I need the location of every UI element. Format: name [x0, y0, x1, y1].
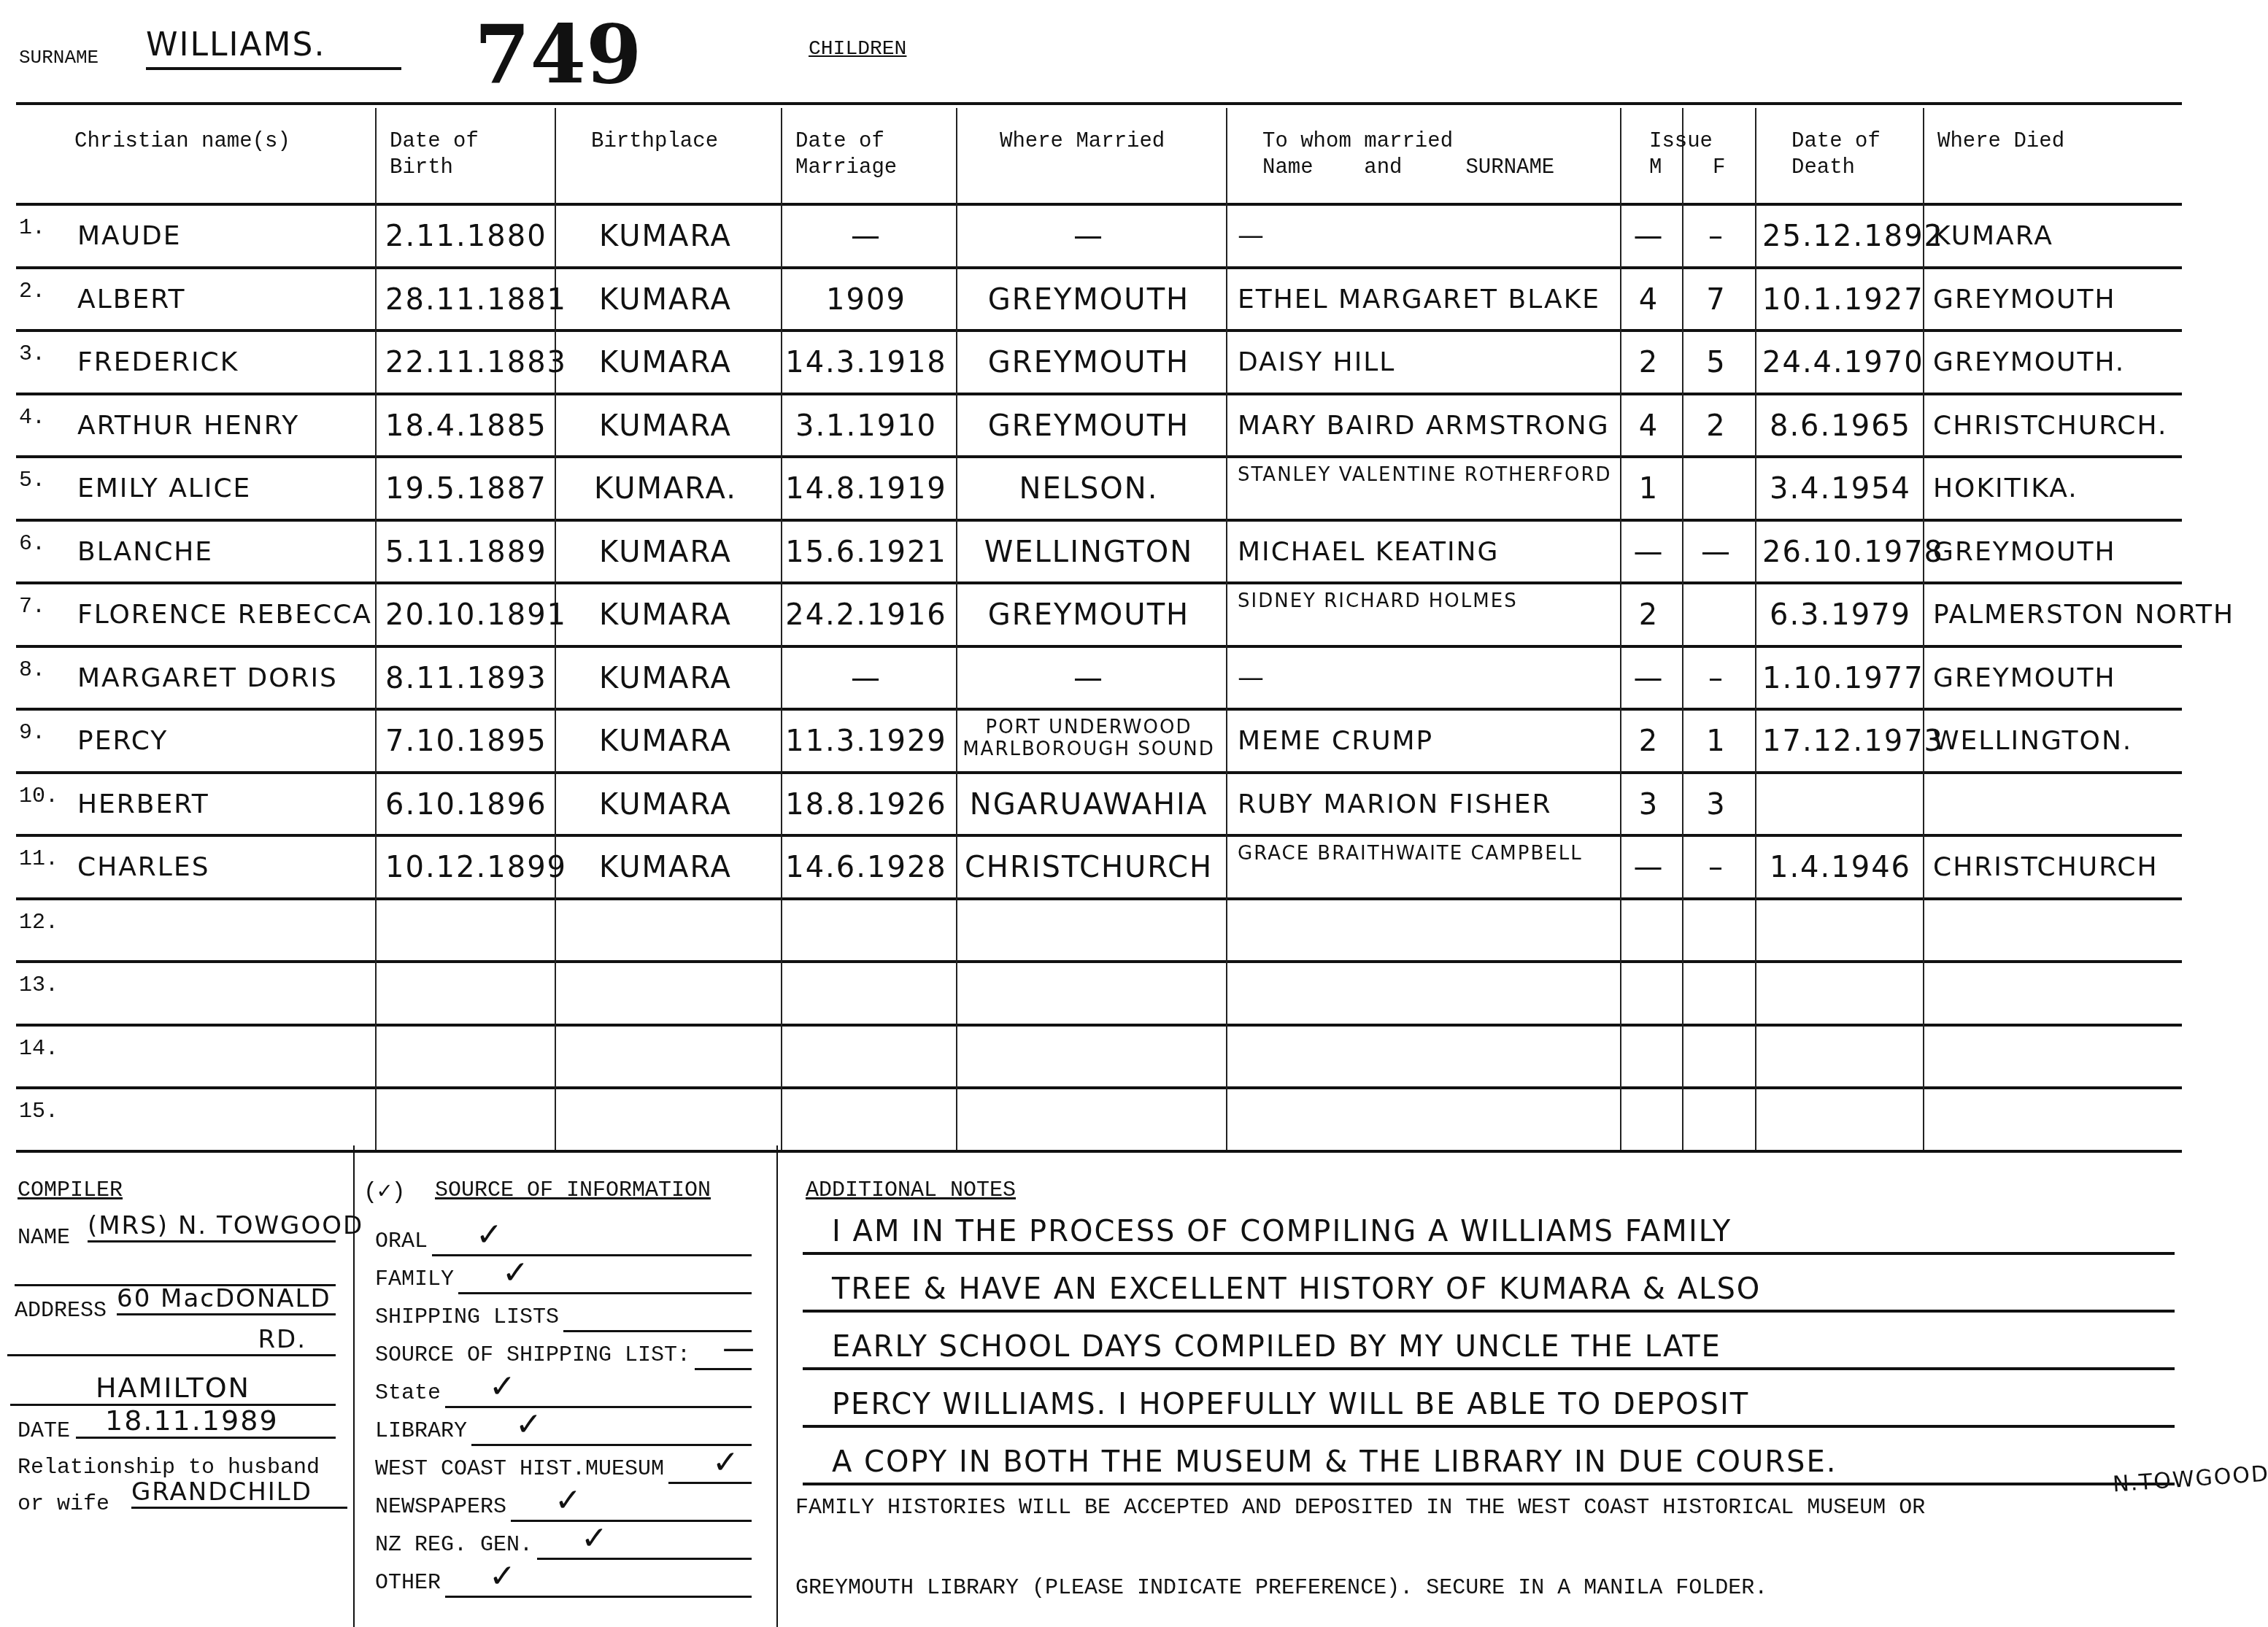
column-header: Date of Death — [1791, 128, 1881, 181]
footer-instructions-line2: GREYMOUTH LIBRARY (PLEASE INDICATE PREFE… — [795, 1576, 1767, 1601]
note-line[interactable]: A COPY IN BOTH THE MUSEUM & THE LIBRARY … — [803, 1442, 2175, 1485]
date-label: DATE — [18, 1419, 70, 1444]
cell-where-died[interactable]: GREYMOUTH — [1933, 661, 2178, 696]
source-fill-line — [471, 1444, 752, 1446]
row-divider — [16, 393, 2182, 395]
cell-spouse[interactable]: — — [1238, 661, 1616, 696]
cell-birthplace[interactable]: KUMARA. — [555, 471, 776, 506]
address-field-line3[interactable]: HAMILTON — [10, 1372, 336, 1406]
cell-issue-m[interactable]: 3 — [1620, 787, 1678, 822]
cell-name[interactable]: FLORENCE REBECCA — [77, 598, 371, 633]
row-number: 2. — [19, 279, 45, 304]
checkmark-icon[interactable]: ✓ — [476, 1216, 503, 1253]
checkmark-icon[interactable]: ✓ — [581, 1520, 608, 1557]
cell-dob[interactable]: 6.10.1896 — [385, 787, 550, 822]
source-label: LIBRARY — [375, 1419, 467, 1444]
notes-heading: ADDITIONAL NOTES — [806, 1178, 1016, 1203]
cell-spouse[interactable]: GRACE BRAITHWAITE CAMPBELL — [1238, 843, 1616, 865]
cell-issue-f[interactable]: 7 — [1682, 282, 1751, 317]
cell-spouse[interactable]: MICHAEL KEATING — [1238, 535, 1616, 570]
cell-birthplace[interactable]: KUMARA — [555, 787, 776, 822]
cell-birthplace[interactable]: KUMARA — [555, 535, 776, 570]
cell-birthplace[interactable]: KUMARA — [555, 345, 776, 380]
cell-dom[interactable]: 11.3.1929 — [781, 724, 952, 759]
row-divider — [16, 771, 2182, 774]
cell-dob[interactable]: 19.5.1887 — [385, 471, 550, 506]
cell-issue-m[interactable]: 2 — [1620, 345, 1678, 380]
cell-where-married[interactable]: GREYMOUTH — [956, 345, 1222, 380]
column-divider — [1755, 108, 1756, 1150]
column-header: Where Died — [1937, 128, 2064, 155]
note-line[interactable]: PERCY WILLIAMS. I HOPEFULLY WILL BE ABLE… — [803, 1384, 2175, 1428]
address-field-line2[interactable]: RD. — [7, 1325, 336, 1356]
cell-dom[interactable]: 24.2.1916 — [781, 598, 952, 633]
row-number: 13. — [19, 973, 58, 998]
cell-dod[interactable]: 8.6.1965 — [1762, 409, 1918, 444]
row-number: 11. — [19, 847, 58, 872]
cell-dod[interactable]: 24.4.1970 — [1762, 345, 1918, 380]
relationship-label: Relationship to husband — [18, 1456, 320, 1480]
cell-dod[interactable]: 10.1.1927 — [1762, 282, 1918, 317]
sources-heading: SOURCE OF INFORMATION — [435, 1178, 711, 1203]
cell-dom[interactable]: 3.1.1910 — [781, 409, 952, 444]
cell-birthplace[interactable]: KUMARA — [555, 409, 776, 444]
column-divider — [1226, 108, 1227, 1150]
cell-spouse[interactable]: MARY BAIRD ARMSTRONG — [1238, 409, 1616, 444]
cell-birthplace[interactable]: KUMARA — [555, 850, 776, 885]
row-number: 9. — [19, 721, 45, 746]
row-number: 3. — [19, 342, 45, 367]
check-mark-legend: (✓) — [363, 1176, 406, 1205]
cell-name[interactable]: HERBERT — [77, 787, 371, 822]
cell-dob[interactable]: 20.10.1891 — [385, 598, 550, 633]
cell-issue-m[interactable]: — — [1620, 661, 1678, 696]
cell-dob[interactable]: 22.11.1883 — [385, 345, 550, 380]
cell-name[interactable]: MAUDE — [77, 219, 371, 254]
column-divider — [1682, 108, 1683, 1150]
cell-dod[interactable]: 1.10.1977 — [1762, 661, 1918, 696]
cell-where-married[interactable]: GREYMOUTH — [956, 598, 1222, 633]
source-fill-line — [445, 1596, 752, 1598]
column-divider — [375, 108, 377, 1150]
cell-dom[interactable]: 18.8.1926 — [781, 787, 952, 822]
checkmark-icon[interactable]: ✓ — [489, 1558, 516, 1595]
source-label: SOURCE OF SHIPPING LIST: — [375, 1343, 690, 1368]
row-number: 8. — [19, 658, 45, 683]
row-number: 7. — [19, 595, 45, 619]
cell-dob[interactable]: 18.4.1885 — [385, 409, 550, 444]
cell-dob[interactable]: 28.11.1881 — [385, 282, 550, 317]
cell-spouse[interactable]: DAISY HILL — [1238, 345, 1616, 380]
cell-where-died[interactable]: WELLINGTON. — [1933, 724, 2178, 759]
cell-dob[interactable]: 5.11.1889 — [385, 535, 550, 570]
cell-where-died[interactable]: GREYMOUTH — [1933, 282, 2178, 317]
cell-where-married[interactable]: WELLINGTON — [956, 535, 1222, 570]
cell-name[interactable]: CHARLES — [77, 850, 371, 885]
cell-dom[interactable]: 15.6.1921 — [781, 535, 952, 570]
cell-birthplace[interactable]: KUMARA — [555, 282, 776, 317]
cell-birthplace[interactable]: KUMARA — [555, 724, 776, 759]
source-fill-line — [511, 1520, 752, 1522]
row-divider — [16, 519, 2182, 522]
cell-dod[interactable]: 25.12.1892 — [1762, 219, 1918, 254]
cell-issue-m[interactable]: 2 — [1620, 724, 1678, 759]
column-header: Christian name(s) — [74, 128, 290, 155]
cell-spouse[interactable]: ETHEL MARGARET BLAKE — [1238, 282, 1616, 317]
date-field[interactable]: 18.11.1989 — [76, 1404, 336, 1439]
surname-field[interactable]: WILLIAMS. — [146, 26, 401, 70]
row-divider — [16, 960, 2182, 963]
row-divider — [16, 834, 2182, 837]
cell-where-married[interactable]: PORT UNDERWOOD MARLBOROUGH SOUND — [956, 716, 1222, 760]
cell-issue-f[interactable]: 3 — [1682, 787, 1751, 822]
cell-issue-m[interactable]: 1 — [1620, 471, 1678, 506]
source-fill-line — [432, 1254, 752, 1256]
section-title: CHILDREN — [809, 38, 906, 61]
row-divider — [16, 1150, 2182, 1153]
cell-issue-f[interactable]: – — [1682, 850, 1751, 885]
source-fill-line — [695, 1368, 752, 1370]
cell-where-died[interactable]: GREYMOUTH. — [1933, 345, 2178, 380]
cell-name[interactable]: ALBERT — [77, 282, 371, 317]
cell-dob[interactable]: 7.10.1895 — [385, 724, 550, 759]
row-divider — [16, 897, 2182, 900]
checkmark-icon[interactable]: ✓ — [489, 1368, 516, 1405]
column-header: Where Married — [1000, 128, 1165, 155]
cell-issue-m[interactable]: 4 — [1620, 282, 1678, 317]
note-line[interactable]: EARLY SCHOOL DAYS COMPILED BY MY UNCLE T… — [803, 1326, 2175, 1370]
cell-issue-f[interactable]: – — [1682, 219, 1751, 254]
cell-spouse[interactable]: STANLEY VALENTINE ROTHERFORD — [1238, 464, 1616, 486]
source-fill-line — [445, 1406, 752, 1408]
reference-number: 749 — [474, 7, 642, 101]
cell-dom[interactable]: 14.3.1918 — [781, 345, 952, 380]
cell-dod[interactable]: 3.4.1954 — [1762, 471, 1918, 506]
cell-issue-f[interactable]: 1 — [1682, 724, 1751, 759]
address-label: ADDRESS — [15, 1299, 107, 1323]
cell-name[interactable]: BLANCHE — [77, 535, 371, 570]
cell-issue-m[interactable]: — — [1620, 219, 1678, 254]
cell-where-died[interactable]: PALMERSTON NORTH — [1933, 598, 2178, 633]
source-fill-line — [537, 1558, 752, 1560]
cell-dob[interactable]: 2.11.1880 — [385, 219, 550, 254]
relationship-field[interactable]: GRANDCHILD — [131, 1477, 347, 1509]
source-fill-line — [458, 1292, 752, 1294]
cell-where-died[interactable]: CHRISTCHURCH — [1933, 850, 2178, 885]
row-divider — [16, 266, 2182, 269]
source-label: OTHER — [375, 1571, 441, 1596]
column-header: Issue M F — [1649, 128, 1725, 181]
cell-issue-m[interactable]: — — [1620, 850, 1678, 885]
cell-where-married[interactable]: — — [956, 661, 1222, 696]
column-header: Birthplace — [591, 128, 718, 155]
cell-name[interactable]: FREDERICK — [77, 345, 371, 380]
footer-instructions-line1: FAMILY HISTORIES WILL BE ACCEPTED AND DE… — [795, 1496, 1925, 1520]
name-field[interactable]: (MRS) N. TOWGOOD — [88, 1211, 336, 1243]
row-divider — [16, 581, 2182, 584]
cell-dod[interactable]: 1.4.1946 — [1762, 850, 1918, 885]
cell-name[interactable]: PERCY — [77, 724, 371, 759]
cell-issue-f[interactable]: 5 — [1682, 345, 1751, 380]
cell-where-married[interactable]: NELSON. — [956, 471, 1222, 506]
row-divider — [16, 455, 2182, 458]
cell-where-married[interactable]: GREYMOUTH — [956, 409, 1222, 444]
row-number: 12. — [19, 911, 58, 935]
cell-name[interactable]: ARTHUR HENRY — [77, 409, 371, 444]
cell-dom[interactable]: 1909 — [781, 282, 952, 317]
row-number: 4. — [19, 406, 45, 430]
name-field-line2[interactable] — [15, 1255, 336, 1286]
cell-where-married[interactable]: CHRISTCHURCH — [956, 850, 1222, 885]
divider — [776, 1145, 778, 1627]
cell-issue-m[interactable]: 2 — [1620, 598, 1678, 633]
cell-dom[interactable]: 14.6.1928 — [781, 850, 952, 885]
cell-dod[interactable]: 6.3.1979 — [1762, 598, 1918, 633]
cell-name[interactable]: EMILY ALICE — [77, 471, 371, 506]
row-divider — [16, 1086, 2182, 1089]
source-label: WEST COAST HIST.MUESUM — [375, 1457, 664, 1482]
row-number: 1. — [19, 216, 45, 241]
cell-where-died[interactable]: GREYMOUTH — [1933, 535, 2178, 570]
note-line[interactable]: TREE & HAVE AN EXCELLENT HISTORY OF KUMA… — [803, 1269, 2175, 1313]
row-divider — [16, 203, 2182, 206]
source-label: FAMILY — [375, 1267, 454, 1292]
checkmark-icon[interactable]: ✓ — [515, 1406, 542, 1443]
row-number: 15. — [19, 1100, 58, 1124]
source-label: NZ REG. GEN. — [375, 1533, 533, 1558]
source-label: State — [375, 1381, 441, 1406]
cell-dom[interactable]: 14.8.1919 — [781, 471, 952, 506]
column-header: Date of Birth — [390, 128, 479, 181]
cell-issue-m[interactable]: — — [1620, 535, 1678, 570]
cell-spouse[interactable]: — — [1238, 219, 1616, 254]
row-divider — [16, 102, 2182, 105]
row-number: 6. — [19, 532, 45, 557]
cell-issue-f[interactable]: 2 — [1682, 409, 1751, 444]
relationship-label-2: or wife — [18, 1492, 109, 1517]
source-label: NEWSPAPERS — [375, 1495, 506, 1520]
cell-spouse[interactable]: MEME CRUMP — [1238, 724, 1616, 759]
cell-birthplace[interactable]: KUMARA — [555, 598, 776, 633]
cell-spouse[interactable]: RUBY MARION FISHER — [1238, 787, 1616, 822]
checkmark-icon[interactable]: ✓ — [502, 1254, 529, 1291]
name-label: NAME — [18, 1226, 70, 1251]
surname-label: SURNAME — [19, 47, 99, 69]
source-fill-line — [668, 1482, 752, 1484]
source-label: SHIPPING LISTS — [375, 1305, 559, 1330]
cell-where-married[interactable]: NGARUAWAHIA — [956, 787, 1222, 822]
cell-where-died[interactable]: CHRISTCHURCH. — [1933, 409, 2178, 444]
cell-where-died[interactable]: HOKITIKA. — [1933, 471, 2178, 506]
row-number: 14. — [19, 1037, 58, 1062]
cell-birthplace[interactable]: KUMARA — [555, 219, 776, 254]
cell-where-died[interactable]: KUMARA — [1933, 219, 2178, 254]
row-number: 5. — [19, 468, 45, 493]
cell-birthplace[interactable]: KUMARA — [555, 661, 776, 696]
cell-where-married[interactable]: GREYMOUTH — [956, 282, 1222, 317]
source-label: ORAL — [375, 1229, 428, 1254]
cell-dod[interactable]: 26.10.1978 — [1762, 535, 1918, 570]
cell-issue-f[interactable]: – — [1682, 661, 1751, 696]
checkmark-icon[interactable]: ✓ — [555, 1482, 582, 1519]
row-divider — [16, 708, 2182, 711]
cell-issue-m[interactable]: 4 — [1620, 409, 1678, 444]
cell-where-married[interactable]: — — [956, 219, 1222, 254]
column-header: Date of Marriage — [795, 128, 897, 181]
cell-dob[interactable]: 8.11.1893 — [385, 661, 550, 696]
address-field-line1[interactable]: 60 MacDONALD — [117, 1284, 336, 1315]
checkmark-icon[interactable]: ✓ — [712, 1444, 739, 1481]
note-line[interactable]: I AM IN THE PROCESS OF COMPILING A WILLI… — [803, 1211, 2175, 1255]
row-divider — [16, 329, 2182, 332]
checkmark-icon[interactable]: — — [722, 1330, 755, 1367]
cell-dom[interactable]: — — [781, 219, 952, 254]
column-divider — [1923, 108, 1924, 1150]
cell-dob[interactable]: 10.12.1899 — [385, 850, 550, 885]
cell-name[interactable]: MARGARET DORIS — [77, 661, 371, 696]
cell-spouse[interactable]: SIDNEY RICHARD HOLMES — [1238, 590, 1616, 612]
row-number: 10. — [19, 784, 58, 809]
cell-dom[interactable]: — — [781, 661, 952, 696]
compiler-heading: COMPILER — [18, 1178, 123, 1203]
cell-issue-f[interactable]: — — [1682, 535, 1751, 570]
row-divider — [16, 1024, 2182, 1027]
row-divider — [16, 645, 2182, 648]
cell-dod[interactable]: 17.12.1973 — [1762, 724, 1918, 759]
column-header: To whom married Name and SURNAME — [1262, 128, 1554, 181]
